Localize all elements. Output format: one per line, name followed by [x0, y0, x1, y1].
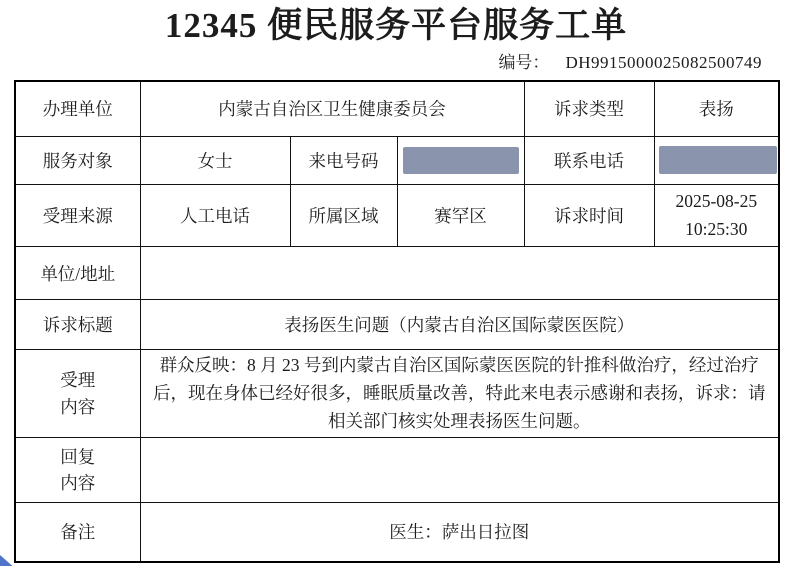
field-label-appeal-title: 诉求标题 [15, 300, 140, 350]
field-label-reply-content: 回复内容 [15, 438, 140, 503]
acceptance-content-label-text: 受理内容 [59, 367, 97, 420]
field-value-contact-phone [654, 136, 779, 184]
reply-content-label-text: 回复内容 [59, 444, 97, 497]
page-title: 12345 便民服务平台服务工单 [0, 4, 792, 48]
field-label-service-target: 服务对象 [15, 136, 140, 184]
redaction-block-contact-phone [659, 146, 777, 174]
field-value-appeal-type: 表扬 [654, 81, 779, 136]
table-row: 诉求标题 表扬医生问题（内蒙古自治区国际蒙医医院） [15, 300, 779, 350]
field-value-service-target: 女士 [140, 136, 290, 184]
field-value-caller-number [397, 136, 524, 184]
serial-label: 编号： [498, 53, 549, 72]
field-label-acceptance-source: 受理来源 [15, 184, 140, 247]
field-value-acceptance-source: 人工电话 [140, 184, 290, 247]
table-row: 回复内容 [15, 438, 779, 503]
field-value-handling-unit: 内蒙古自治区卫生健康委员会 [140, 81, 524, 136]
field-value-acceptance-content: 群众反映：8 月 23 号到内蒙古自治区国际蒙医医院的针推科做治疗，经过治疗后，… [140, 350, 779, 438]
table-row: 办理单位 内蒙古自治区卫生健康委员会 诉求类型 表扬 [15, 81, 779, 136]
work-order-table: 办理单位 内蒙古自治区卫生健康委员会 诉求类型 表扬 服务对象 女士 来电号码 … [14, 80, 780, 563]
redaction-block-caller-number [403, 147, 519, 174]
field-value-reply-content [140, 438, 779, 503]
table-row: 服务对象 女士 来电号码 联系电话 [15, 136, 779, 184]
field-label-acceptance-content: 受理内容 [15, 350, 140, 438]
field-value-appeal-time: 2025-08-25 10:25:30 [654, 184, 779, 247]
field-value-appeal-title: 表扬医生问题（内蒙古自治区国际蒙医医院） [140, 300, 779, 350]
field-label-district: 所属区域 [290, 184, 397, 247]
field-label-appeal-time: 诉求时间 [524, 184, 654, 247]
serial-value: DH9915000025082500749 [565, 50, 762, 76]
field-label-handling-unit: 办理单位 [15, 81, 140, 136]
field-value-remarks: 医生：萨出日拉图 [140, 503, 779, 562]
table-row: 单位/地址 [15, 247, 779, 300]
field-label-remarks: 备注 [15, 503, 140, 562]
serial-number-line: 编号：DH9915000025082500749 [0, 50, 792, 76]
work-order-page: 12345 便民服务平台服务工单 编号：DH991500002508250074… [0, 4, 792, 566]
field-label-unit-address: 单位/地址 [15, 247, 140, 300]
table-row: 受理来源 人工电话 所属区域 赛罕区 诉求时间 2025-08-25 10:25… [15, 184, 779, 247]
field-value-district: 赛罕区 [397, 184, 524, 247]
field-label-appeal-type: 诉求类型 [524, 81, 654, 136]
field-label-contact-phone: 联系电话 [524, 136, 654, 184]
table-row: 受理内容 群众反映：8 月 23 号到内蒙古自治区国际蒙医医院的针推科做治疗，经… [15, 350, 779, 438]
table-row: 备注 医生：萨出日拉图 [15, 503, 779, 562]
field-value-unit-address [140, 247, 779, 300]
field-label-caller-number: 来电号码 [290, 136, 397, 184]
